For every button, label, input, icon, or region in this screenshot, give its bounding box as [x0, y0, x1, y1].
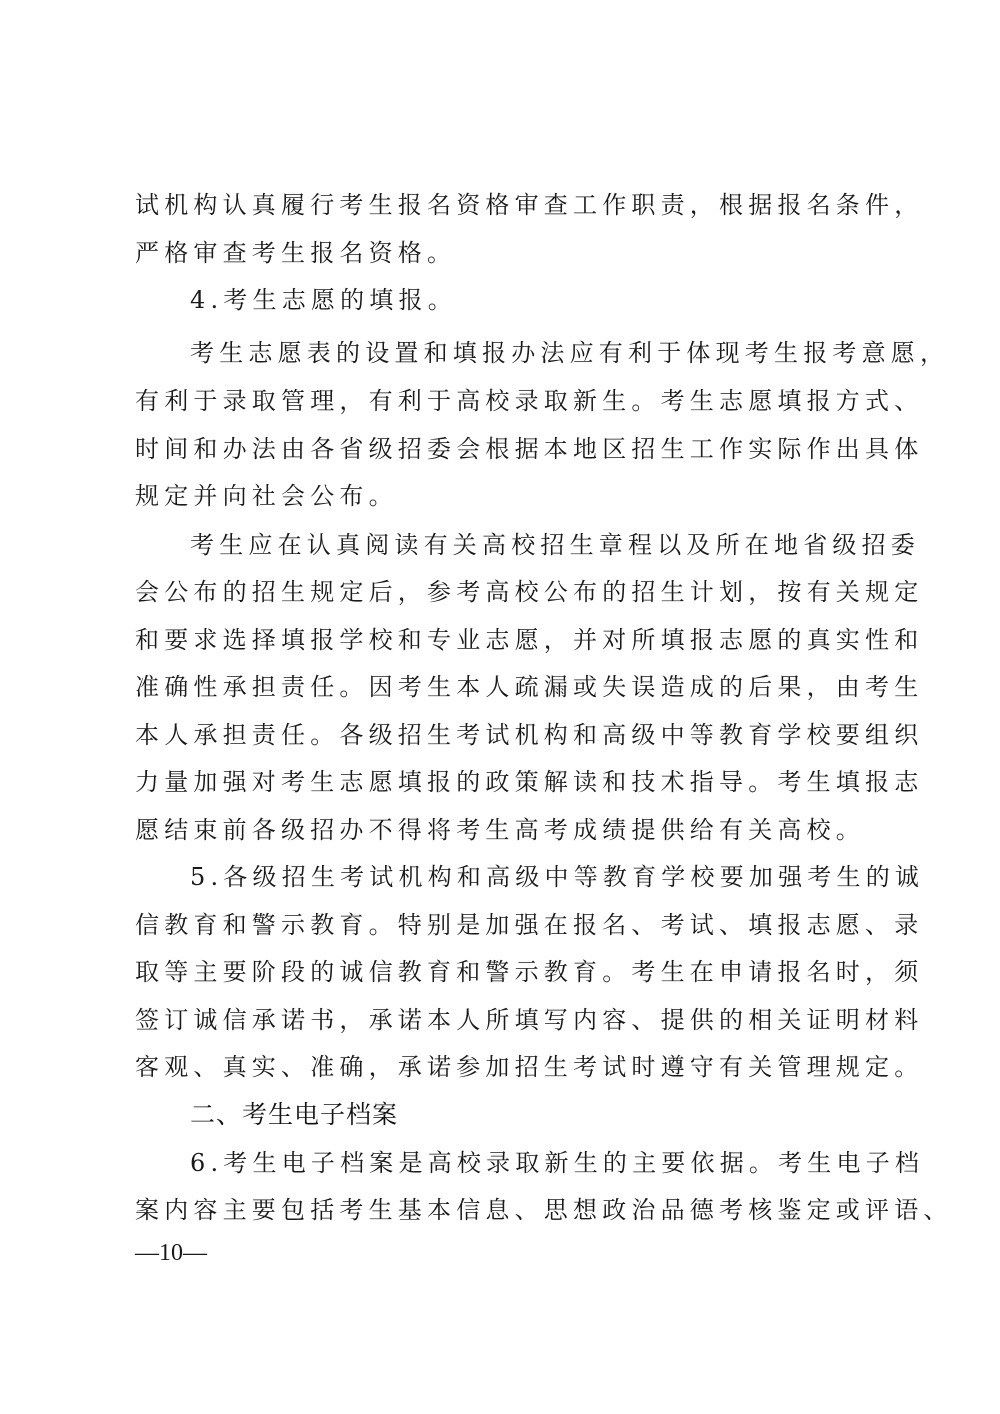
paragraph-line: 考生应在认真阅读有关高校招生章程以及所在地省级招委	[190, 530, 920, 560]
paragraph-line: 案内容主要包括考生基本信息、思想政治品德考核鉴定或评语、	[135, 1195, 953, 1225]
paragraph-line: 取等主要阶段的诚信教育和警示教育。考生在申请报名时，须	[135, 957, 923, 987]
paragraph-line: 试机构认真履行考生报名资格审查工作职责，根据报名条件，	[135, 190, 923, 220]
paragraph-line: 力量加强对考生志愿填报的政策解读和技术指导。考生填报志	[135, 767, 923, 797]
item-6-line: 6.考生电子档案是高校录取新生的主要依据。考生电子档	[190, 1148, 924, 1178]
paragraph-line: 规定并向社会公布。	[135, 481, 398, 511]
paragraph-line: 愿结束前各级招办不得将考生高考成绩提供给有关高校。	[135, 815, 865, 845]
paragraph-line: 客观、真实、准确，承诺参加招生考试时遵守有关管理规定。	[135, 1052, 923, 1082]
item-heading-4: 4.考生志愿的填报。	[190, 285, 457, 315]
paragraph-line: 和要求选择填报学校和专业志愿，并对所填报志愿的真实性和	[135, 625, 923, 655]
paragraph-line: 考生志愿表的设置和填报办法应有利于体现考生报考意愿，	[190, 338, 949, 368]
section-heading: 二、考生电子档案	[190, 1100, 398, 1130]
document-page: 试机构认真履行考生报名资格审查工作职责，根据报名条件， 严格审查考生报名资格。 …	[0, 0, 1000, 1414]
paragraph-line: 信教育和警示教育。特别是加强在报名、考试、填报志愿、录	[135, 910, 923, 940]
paragraph-line: 签订诚信承诺书，承诺本人所填写内容、提供的相关证明材料	[135, 1005, 923, 1035]
paragraph-line: 有利于录取管理，有利于高校录取新生。考生志愿填报方式、	[135, 386, 923, 416]
item-5-line: 5.各级招生考试机构和高级中等教育学校要加强考生的诚	[190, 862, 924, 892]
paragraph-line: 准确性承担责任。因考生本人疏漏或失误造成的后果，由考生	[135, 672, 923, 702]
paragraph-line: 严格审查考生报名资格。	[135, 238, 456, 268]
paragraph-line: 时间和办法由各省级招委会根据本地区招生工作实际作出具体	[135, 434, 923, 464]
paragraph-line: 本人承担责任。各级招生考试机构和高级中等教育学校要组织	[135, 720, 923, 750]
page-number: —10—	[135, 1240, 207, 1267]
paragraph-line: 会公布的招生规定后，参考高校公布的招生计划，按有关规定	[135, 577, 923, 607]
